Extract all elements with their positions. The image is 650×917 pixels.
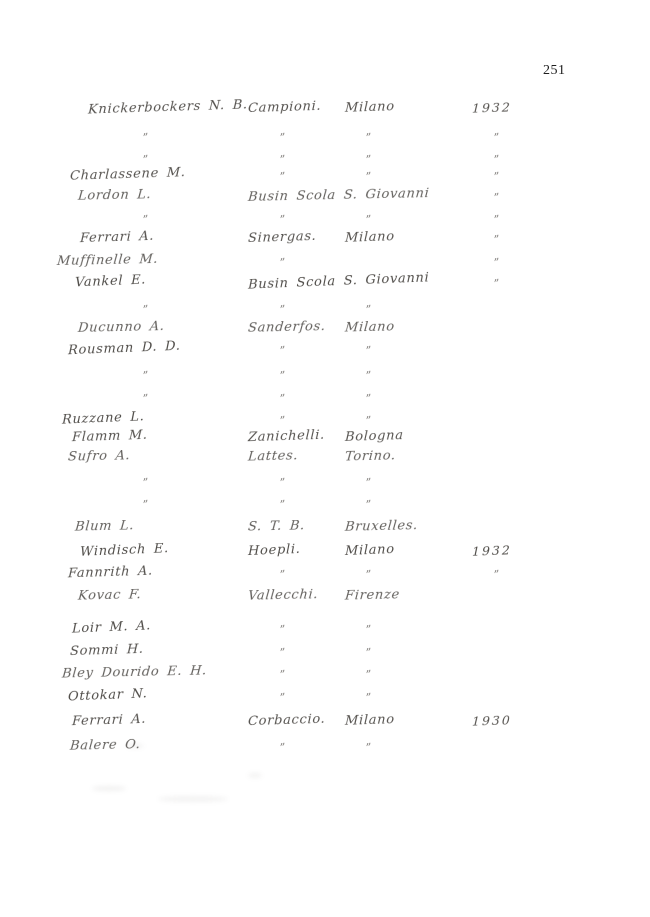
entry-name: Ferrari A.	[80, 229, 155, 246]
ditto-mark: ”	[279, 476, 286, 490]
scan-smudge	[248, 773, 262, 778]
entry-name: Fannrith A.	[68, 564, 154, 582]
ditto-mark: ”	[279, 568, 286, 582]
ditto-mark: ”	[279, 691, 286, 705]
ditto-mark: ”	[142, 392, 149, 406]
entry-name: Vankel E.	[75, 273, 146, 291]
entry-name: Lordon L.	[77, 187, 152, 204]
entry-publisher: Sinergas.	[248, 229, 317, 246]
ditto-mark: ”	[365, 170, 372, 184]
ditto-mark: ”	[279, 170, 286, 184]
entry-city: Firenze	[344, 587, 400, 603]
ditto-mark: ”	[365, 568, 372, 582]
page-number: 251	[543, 63, 566, 79]
entry-name: Flamm M.	[72, 428, 148, 445]
ditto-mark: ”	[142, 369, 149, 383]
ditto-mark: ”	[365, 498, 372, 512]
entry-city: Bruxelles.	[344, 518, 418, 535]
entry-city: Milano	[345, 712, 395, 729]
ditto-mark: ”	[365, 303, 372, 317]
ditto-mark: ”	[279, 369, 286, 383]
ditto-mark: ”	[493, 153, 500, 167]
ditto-mark: ”	[279, 646, 286, 660]
scan-smudge	[158, 796, 228, 802]
entry-name: Sommi H.	[70, 642, 144, 659]
ditto-mark: ”	[365, 153, 372, 167]
entry-year: 1932	[472, 99, 512, 115]
entry-name: Loir M. A.	[72, 618, 151, 636]
entry-publisher: Hoepli.	[248, 542, 301, 559]
entry-name: Kovac F.	[77, 587, 142, 603]
entry-publisher: Busin Scola S. Giovanni	[248, 270, 430, 292]
ditto-mark: ”	[365, 131, 372, 145]
entry-city: Milano	[345, 542, 395, 559]
ditto-mark: ”	[142, 476, 149, 490]
entry-name: Ruzzane L.	[62, 409, 145, 427]
entry-name: Bley Dourido E. H.	[61, 663, 207, 681]
entry-city: Bologna	[345, 428, 404, 445]
entry-publisher: Sanderfos.	[247, 319, 326, 336]
entry-name: Rousman D. D.	[68, 339, 181, 359]
ditto-mark: ”	[142, 131, 149, 145]
entry-name: Blum L.	[74, 518, 134, 534]
entry-publisher: Busin Scola S. Giovanni	[247, 186, 430, 205]
ditto-mark: ”	[365, 668, 372, 682]
ditto-mark: ”	[365, 741, 372, 755]
entry-name: Sufro A.	[67, 448, 131, 464]
ditto-mark: ”	[279, 256, 286, 270]
ditto-mark: ”	[365, 691, 372, 705]
scan-smudge	[126, 744, 144, 748]
ditto-mark: ”	[279, 668, 286, 682]
entry-publisher: Vallecchi.	[247, 587, 318, 603]
ditto-mark: ”	[279, 414, 286, 428]
ditto-mark: ”	[365, 369, 372, 383]
ditto-mark: ”	[493, 170, 500, 184]
ditto-mark: ”	[279, 303, 286, 317]
entry-city: Milano	[344, 319, 395, 335]
entry-name: Muffinelle M.	[56, 252, 158, 269]
ditto-mark: ”	[365, 623, 372, 637]
ditto-mark: ”	[279, 498, 286, 512]
ditto-mark: ”	[142, 498, 149, 512]
ditto-mark: ”	[365, 476, 372, 490]
entry-name: Charlassene M.	[70, 165, 186, 184]
entry-city: Torino.	[344, 448, 396, 464]
ditto-mark: ”	[493, 568, 500, 582]
ditto-mark: ”	[142, 213, 149, 227]
ditto-mark: ”	[365, 414, 372, 428]
entry-publisher: S. T. B.	[247, 518, 305, 534]
entry-name: Ducunno A.	[77, 319, 165, 336]
entry-name: Windisch E.	[80, 541, 169, 560]
ditto-mark: ”	[365, 213, 372, 227]
entry-publisher: Campioni.	[248, 99, 322, 116]
ditto-mark: ”	[493, 191, 500, 205]
ditto-mark: ”	[142, 153, 149, 167]
ditto-mark: ”	[279, 741, 286, 755]
ditto-mark: ”	[279, 392, 286, 406]
ditto-mark: ”	[493, 256, 500, 270]
ditto-mark: ”	[279, 623, 286, 637]
scan-smudge	[92, 786, 126, 791]
entry-year: 1932	[472, 542, 512, 559]
entry-year: 1930	[472, 712, 512, 728]
ditto-mark: ”	[493, 233, 500, 247]
entry-name: Ottokar N.	[68, 686, 148, 704]
ditto-mark: ”	[279, 344, 286, 358]
entry-city: Milano	[345, 99, 395, 116]
entry-publisher: Corbaccio.	[248, 712, 326, 729]
ditto-mark: ”	[493, 213, 500, 227]
ditto-mark: ”	[365, 392, 372, 406]
ditto-mark: ”	[142, 303, 149, 317]
entry-name: Knickerbockers N. B.	[88, 97, 248, 117]
ditto-mark: ”	[365, 646, 372, 660]
ditto-mark: ”	[279, 131, 286, 145]
ditto-mark: ”	[279, 153, 286, 167]
entry-publisher: Zanichelli.	[248, 428, 326, 445]
ditto-mark: ”	[493, 277, 500, 291]
entry-publisher: Lattes.	[247, 448, 298, 464]
entry-city: Milano	[345, 229, 395, 246]
ditto-mark: ”	[365, 344, 372, 358]
entry-name: Ferrari A.	[72, 712, 147, 729]
ditto-mark: ”	[493, 131, 500, 145]
scanned-document-page: 251 Knickerbockers N. B.Campioni.Milano1…	[0, 0, 650, 917]
ditto-mark: ”	[279, 213, 286, 227]
